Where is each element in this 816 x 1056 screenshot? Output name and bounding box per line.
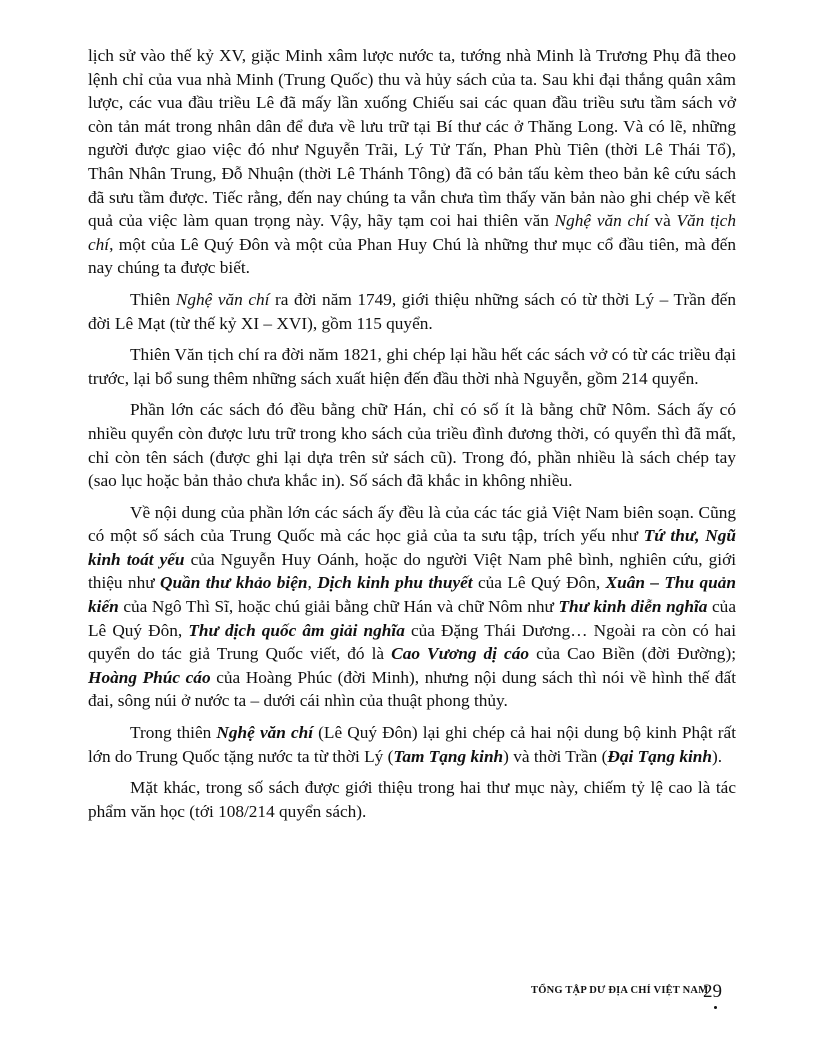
- book-title-emphasis: Dịch kinh phu thuyết: [317, 573, 472, 592]
- document-page: lịch sử vào thế kỷ XV, giặc Minh xâm lượ…: [88, 44, 736, 831]
- body-text: của Lê Quý Đôn,: [473, 573, 606, 592]
- book-title-emphasis: Hoàng Phúc cáo: [88, 668, 211, 687]
- paragraph-continued: lịch sử vào thế kỷ XV, giặc Minh xâm lượ…: [88, 44, 736, 280]
- paragraph: Phần lớn các sách đó đều bằng chữ Hán, c…: [88, 398, 736, 492]
- book-title-italic: Nghệ văn chí: [555, 211, 649, 230]
- body-text: ,: [307, 573, 317, 592]
- page-number-mark: [714, 1006, 717, 1009]
- body-text: ).: [712, 747, 722, 766]
- body-text: Trong thiên: [130, 723, 216, 742]
- paragraph: Mặt khác, trong số sách được giới thiệu …: [88, 776, 736, 823]
- running-footer-title: TỔNG TẬP DƯ ĐỊA CHÍ VIỆT NAM: [531, 985, 708, 996]
- book-title-emphasis: Đại Tạng kinh: [607, 747, 712, 766]
- body-text: Thiên Văn tịch chí ra đời năm 1821, ghi …: [88, 345, 736, 388]
- body-text: và: [649, 211, 677, 230]
- paragraph: Về nội dung của phần lớn các sách ấy đều…: [88, 501, 736, 713]
- paragraph: Thiên Nghệ văn chí ra đời năm 1749, giới…: [88, 288, 736, 335]
- book-title-emphasis: Nghệ văn chí: [216, 723, 313, 742]
- body-text: của Cao Biền (đời Đường);: [529, 644, 736, 663]
- body-text: Phần lớn các sách đó đều bằng chữ Hán, c…: [88, 400, 736, 490]
- book-title-emphasis: Tam Tạng kinh: [393, 747, 503, 766]
- page-number: 29: [703, 981, 722, 1003]
- book-title-emphasis: Thư dịch quốc âm giải nghĩa: [188, 621, 405, 640]
- book-title-italic: Nghệ văn chí: [176, 290, 270, 309]
- body-text: của Ngô Thì Sĩ, hoặc chú giải bằng chữ H…: [119, 597, 559, 616]
- paragraph: Trong thiên Nghệ văn chí (Lê Quý Đôn) lạ…: [88, 721, 736, 768]
- body-text: ) và thời Trần (: [503, 747, 607, 766]
- body-text: Về nội dung của phần lớn các sách ấy đều…: [88, 503, 736, 546]
- book-title-emphasis: Thư kinh diễn nghĩa: [558, 597, 707, 616]
- body-text: lịch sử vào thế kỷ XV, giặc Minh xâm lượ…: [88, 46, 736, 230]
- body-text: Mặt khác, trong số sách được giới thiệu …: [88, 778, 736, 821]
- body-text: Thiên: [130, 290, 176, 309]
- book-title-emphasis: Cao Vương dị cáo: [391, 644, 529, 663]
- paragraph: Thiên Văn tịch chí ra đời năm 1821, ghi …: [88, 343, 736, 390]
- body-text: , một của Lê Quý Đôn và một của Phan Huy…: [88, 235, 736, 278]
- book-title-emphasis: Quần thư khảo biện: [160, 573, 308, 592]
